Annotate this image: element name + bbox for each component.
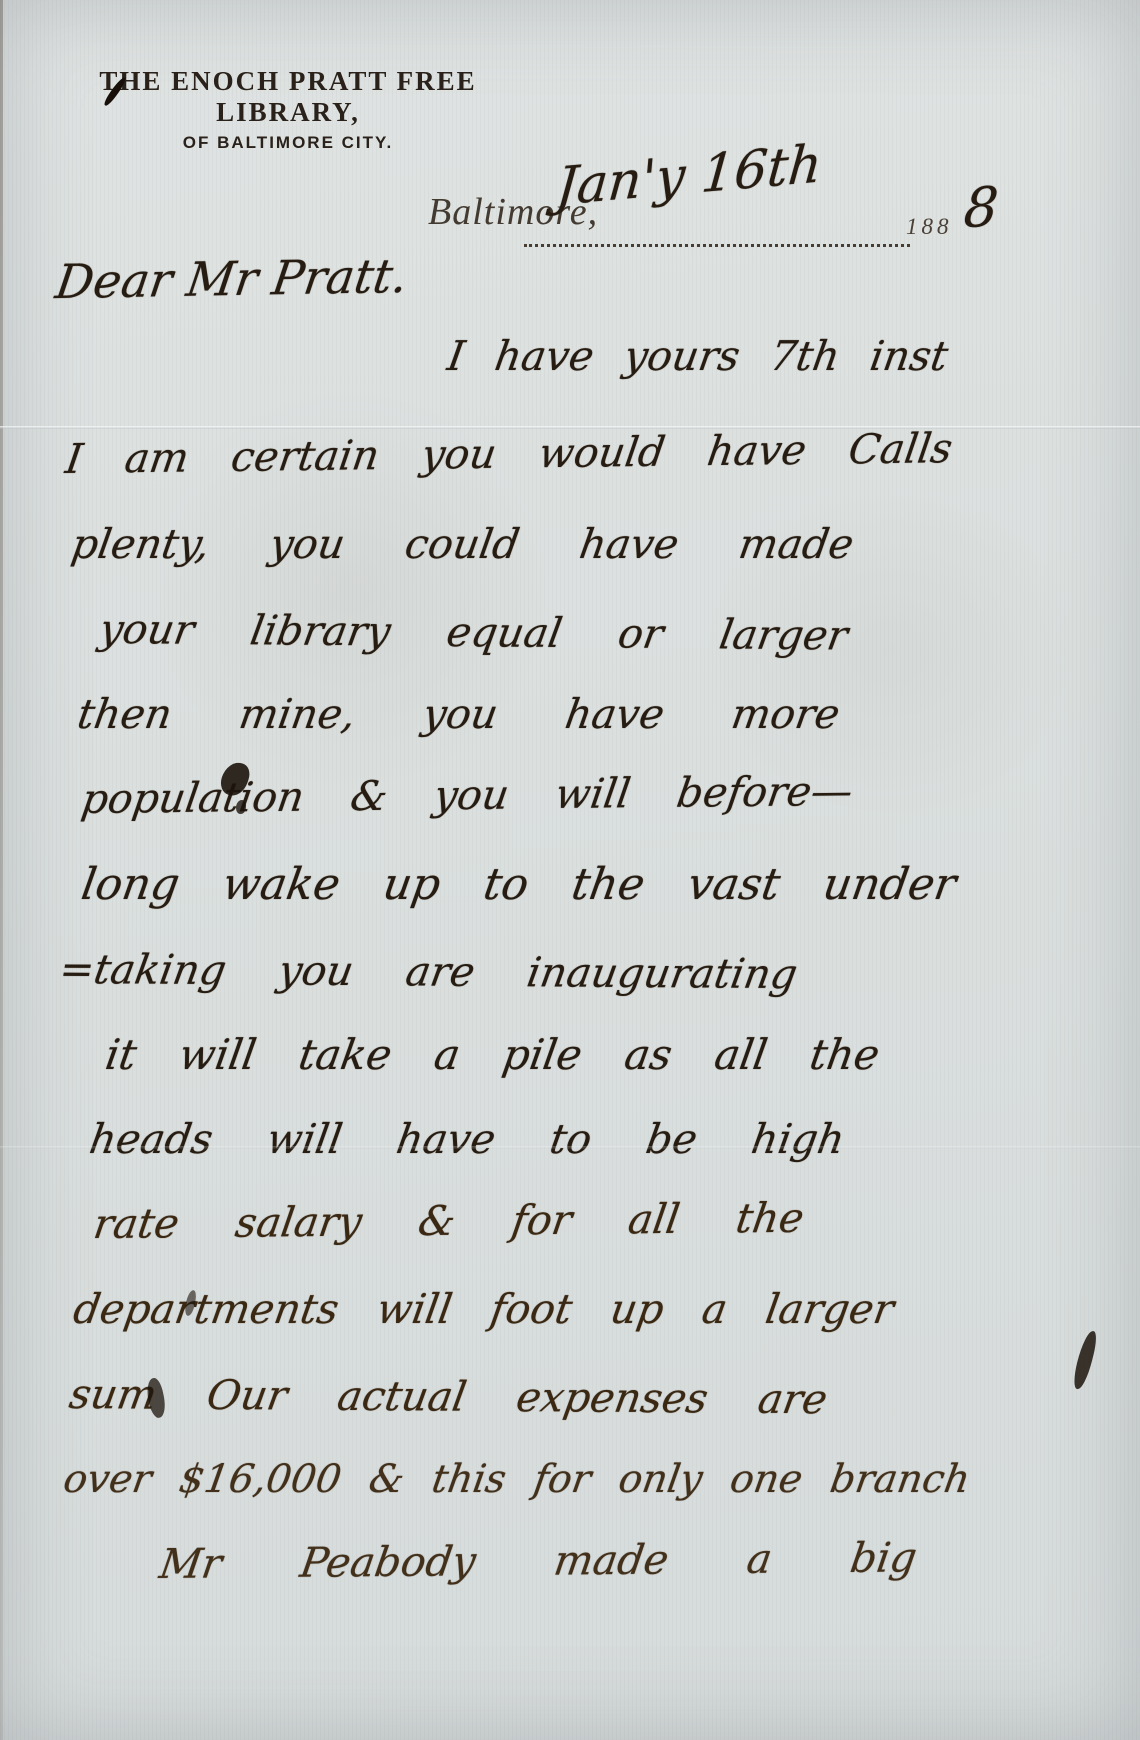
letter-body: I have yours 7th inst I am certain you w… [60,314,1120,1607]
handwritten-line: heads will have to be high [90,1097,1120,1182]
printed-letterhead: THE ENOCH PRATT FREE LIBRARY, OF BALTIMO… [62,66,514,153]
handwritten-year-digit: 8 [962,175,1001,241]
handwritten-line: Mr Peabody made a big [160,1514,1121,1607]
handwritten-date: Jan'y 16th [554,134,824,218]
printed-year-prefix: 188 [906,214,953,240]
handwritten-line: I have yours 7th inst [448,314,1120,399]
photo-edge-shadow [0,0,3,1740]
letter-scan-page: { "letterhead": { "line1": "THE ENOCH PR… [0,0,1140,1740]
handwritten-line: sum Our actual expenses are [70,1352,1121,1444]
handwritten-line: long wake up to the vast under [82,842,1120,927]
paper-fold-line [0,426,1140,429]
letterhead-city-line: OF BALTIMORE CITY. [62,133,514,153]
salutation: Dear Mr Pratt. [52,249,411,310]
handwritten-line: your library equal or larger [100,587,1121,681]
handwritten-line: plenty, you could have made [72,502,1120,587]
paper-fold-line [0,1146,1140,1149]
handwritten-line: departments will foot up a larger [74,1267,1120,1352]
letterhead-library-name: THE ENOCH PRATT FREE LIBRARY, [62,66,514,128]
handwritten-line: then mine, you have more [78,672,1120,757]
date-dotted-rule [524,216,910,247]
handwritten-line: =taking you are inaugurating [60,927,1121,1019]
handwritten-line: rate salary & for all the [94,1173,1121,1267]
handwritten-line: it will take a pile as all the [106,1012,1120,1097]
handwritten-line: over $16,000 & this for only one branch [64,1437,1120,1522]
handwritten-line: I am certain you would have Calls [65,404,1120,502]
